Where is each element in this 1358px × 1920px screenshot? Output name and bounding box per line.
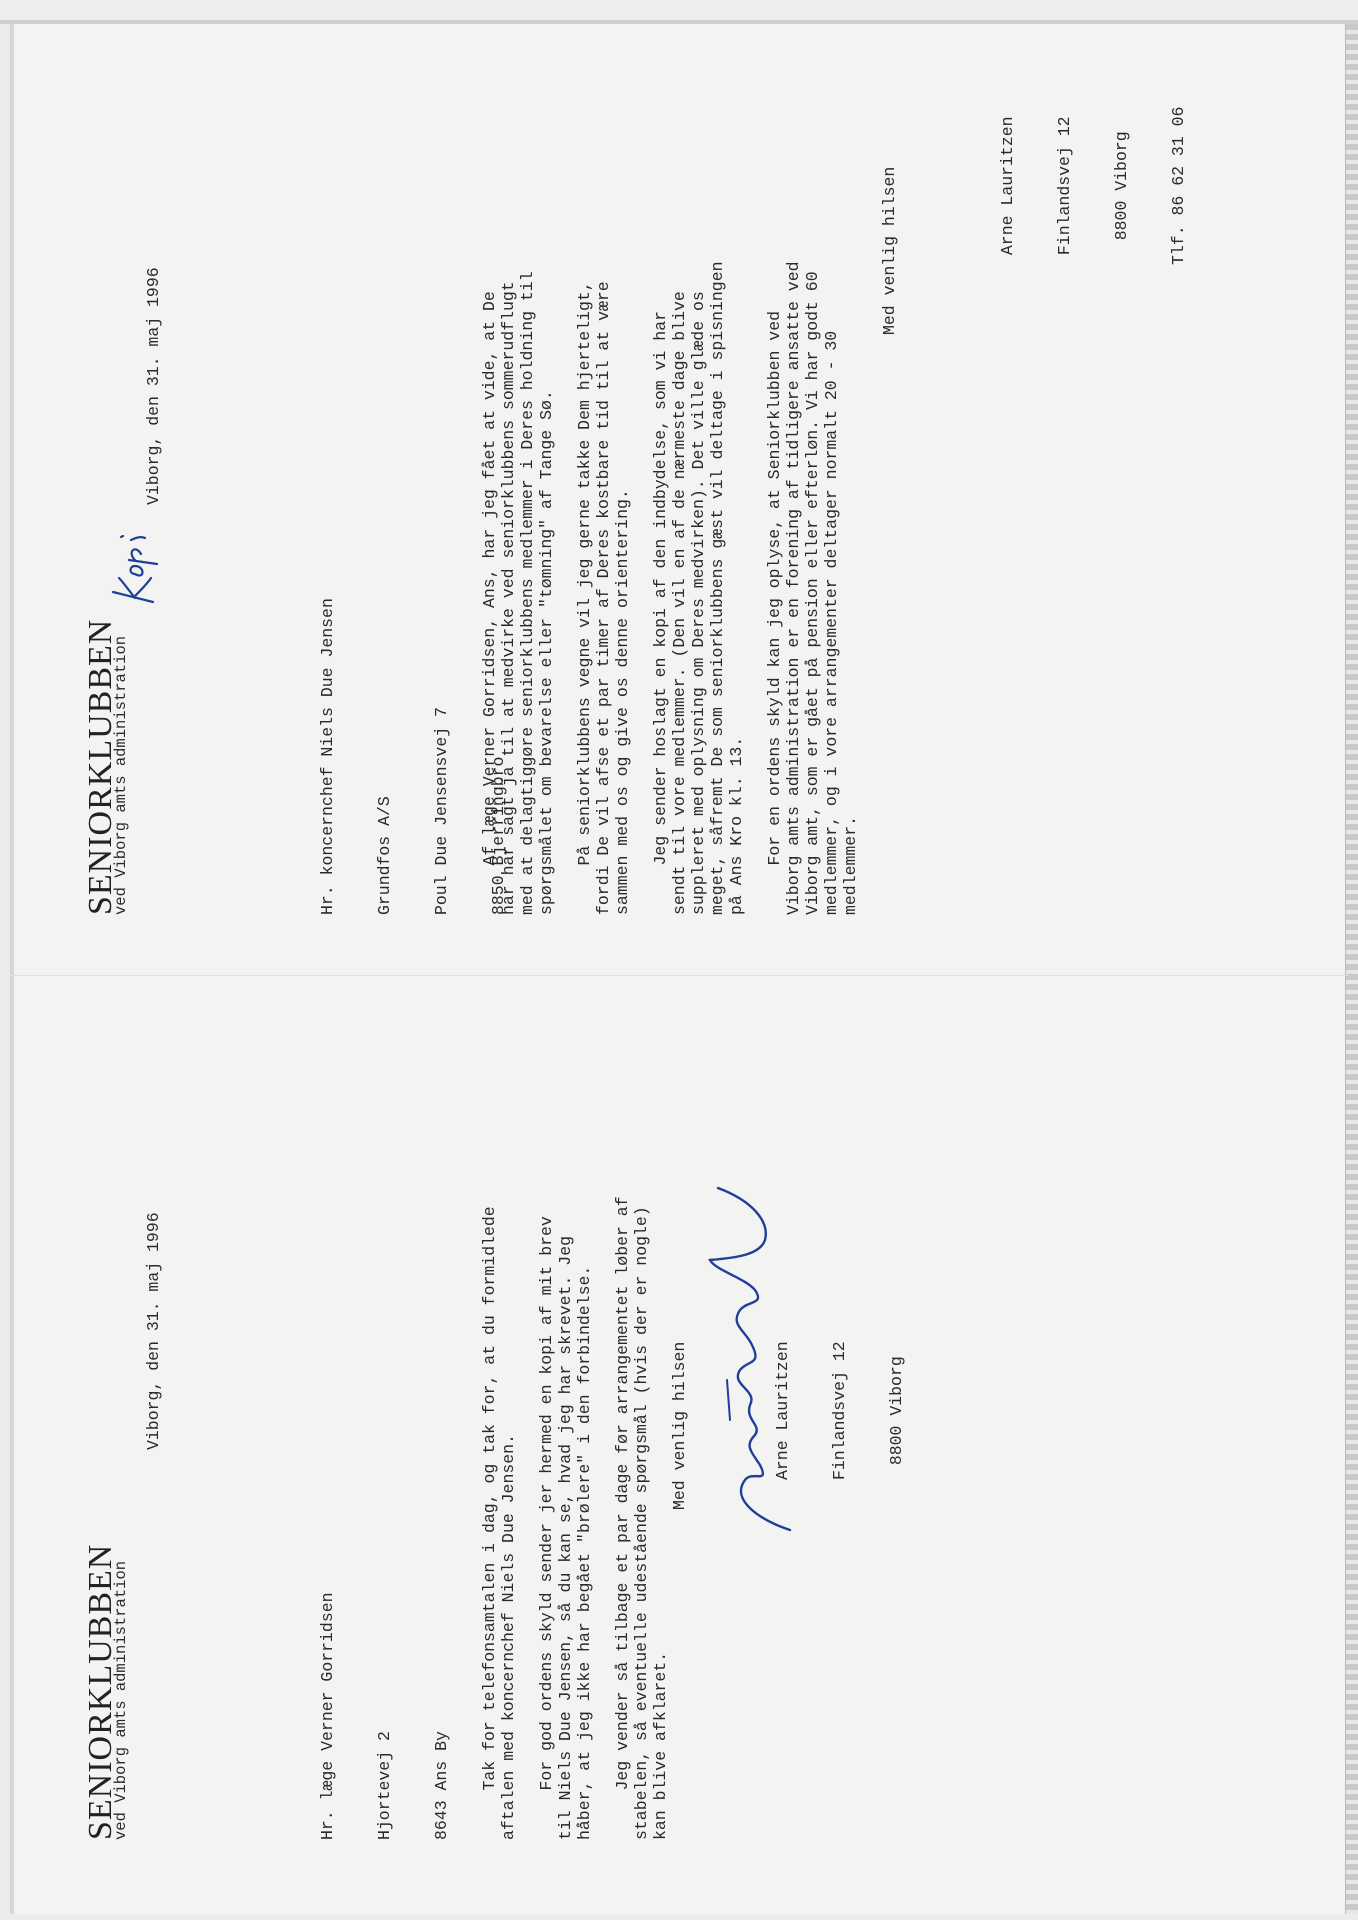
sender-line: Arne Lauritzen (773, 1341, 792, 1480)
recipient-address: Hr. læge Verner Gorridsen Hjortevej 2 86… (280, 1592, 489, 1840)
sender-line: Tlf. 86 62 31 06 (1169, 107, 1188, 265)
body-paragraph: For en ordens skyld kan jeg oplyse, at S… (765, 35, 860, 915)
recipient-line: Hjortevej 2 (375, 1592, 394, 1840)
sender-address: Arne Lauritzen Finlandsvej 12 8800 Vibor… (735, 1341, 944, 1480)
closing-salutation: Med venlig hilsen (880, 167, 899, 335)
body-paragraph: For god ordens skyld sender jer hermed e… (537, 960, 594, 1840)
letter-body: Af læge Verner Gorridsen, Ans, har jeg f… (480, 35, 879, 915)
letterhead-org-subtitle: ved Viborg amts administration (112, 636, 130, 915)
closing-salutation: Med venlig hilsen (670, 1342, 689, 1510)
rotated-document: SENIORKLUBBEN ved Viborg amts administra… (0, 0, 1358, 1920)
recipient-line: Hr. koncernchef Niels Due Jensen (318, 598, 337, 915)
sender-line: 8800 Viborg (1112, 107, 1131, 265)
letter-date: Viborg, den 31. maj 1996 (144, 1212, 163, 1450)
body-paragraph: På seniorklubbens vegne vil jeg gerne ta… (575, 35, 632, 915)
body-paragraph: Tak for telefonsamtalen i dag, og tak fo… (480, 960, 518, 1840)
recipient-line: Grundfos A/S (375, 598, 394, 915)
letterhead-org-subtitle: ved Viborg amts administration (112, 1561, 130, 1840)
recipient-line: Poul Due Jensensvej 7 (432, 598, 451, 915)
handwritten-kopi-note-icon (105, 520, 160, 610)
body-paragraph: Jeg sender hoslagt en kopi af den indbyd… (651, 35, 746, 915)
letter-body: Tak for telefonsamtalen i dag, og tak fo… (480, 960, 689, 1840)
recipient-line: 8643 Ans By (432, 1592, 451, 1840)
letter-to-gorridsen: SENIORKLUBBEN ved Viborg amts administra… (0, 960, 1358, 1840)
body-paragraph: Jeg vender så tilbage et par dage før ar… (613, 960, 670, 1840)
recipient-line: Hr. læge Verner Gorridsen (318, 1592, 337, 1840)
sender-line: Arne Lauritzen (998, 107, 1017, 265)
sender-line: 8800 Viborg (887, 1341, 906, 1480)
letter-date: Viborg, den 31. maj 1996 (144, 267, 163, 505)
sender-address: Arne Lauritzen Finlandsvej 12 8800 Vibor… (960, 107, 1226, 265)
sender-line: Finlandsvej 12 (830, 1341, 849, 1480)
body-paragraph: Af læge Verner Gorridsen, Ans, har jeg f… (480, 35, 556, 915)
letter-to-niels-due-jensen: SENIORKLUBBEN ved Viborg amts administra… (0, 35, 1358, 915)
sender-line: Finlandsvej 12 (1055, 107, 1074, 265)
